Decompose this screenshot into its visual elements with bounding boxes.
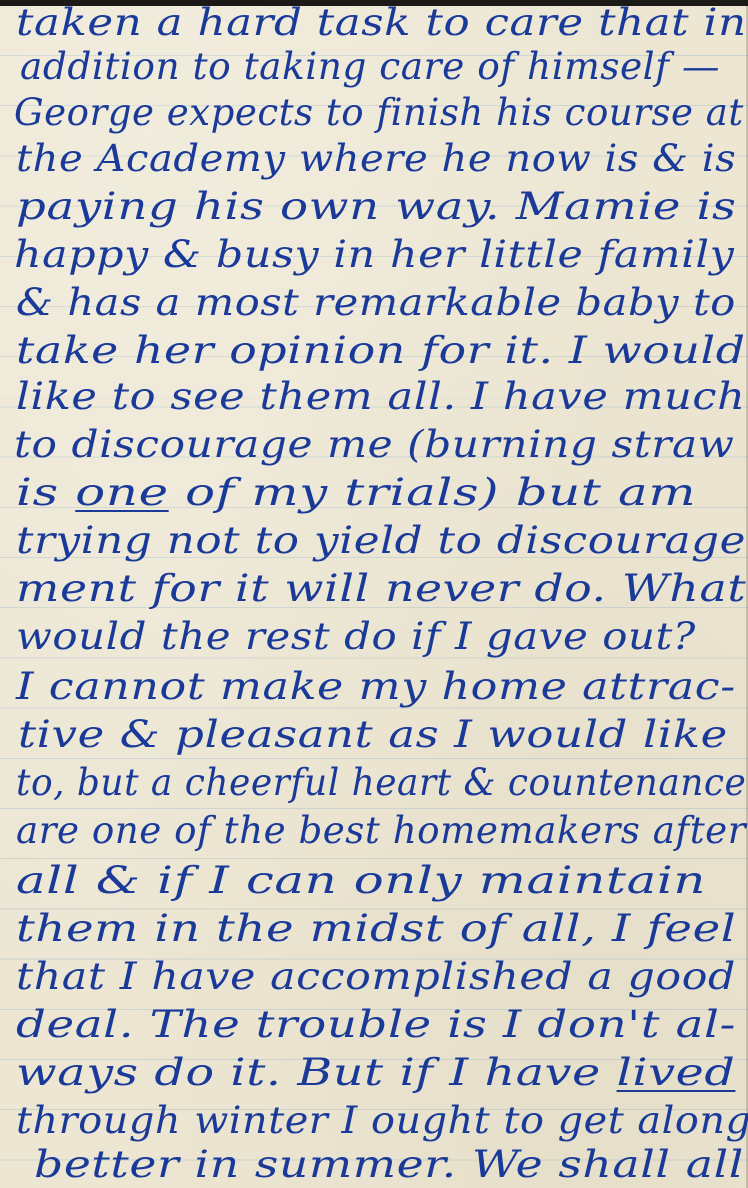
handwritten-line: to discourage me (burning straw [14, 420, 734, 470]
handwritten-line: better in summer. We shall all [34, 1140, 744, 1188]
handwritten-line: tive & pleasant as I would like [18, 710, 728, 760]
handwritten-line: would the rest do if I gave out? [16, 612, 696, 662]
handwritten-line: ment for it will never do. What [16, 564, 746, 614]
handwritten-line: through winter I ought to get along [16, 1096, 748, 1146]
underlined-word: one [75, 471, 168, 514]
letter-page: taken a hard task to care that inadditio… [0, 6, 748, 1188]
handwritten-line: I cannot make my home attrac- [16, 662, 736, 712]
handwritten-line: is one of my trials) but am [16, 468, 696, 518]
handwritten-line: like to see them all. I have much [16, 372, 745, 422]
handwritten-line: George expects to finish his course at [14, 88, 744, 138]
handwritten-line: that I have accomplished a good [16, 952, 736, 1002]
handwritten-line: happy & busy in her little family [14, 230, 734, 280]
handwritten-line: addition to taking care of himself — [20, 42, 720, 92]
handwritten-line: ways do it. But if I have lived [16, 1048, 735, 1098]
handwritten-line: them in the midst of all, I feel [16, 904, 736, 954]
handwritten-line: the Academy where he now is & is [16, 134, 736, 184]
handwritten-line: are one of the best homemakers after [16, 806, 746, 856]
handwritten-line: & has a most remarkable baby to [16, 278, 736, 328]
handwritten-line: take her opinion for it. I would [16, 326, 746, 376]
handwritten-line: deal. The trouble is I don't al- [16, 1000, 736, 1050]
handwritten-line: all & if I can only maintain [16, 856, 706, 906]
handwritten-line: to, but a cheerful heart & countenance [16, 758, 746, 808]
underlined-word: lived [617, 1051, 736, 1094]
handwritten-line: paying his own way. Mamie is [16, 182, 737, 232]
handwritten-line: trying not to yield to discourage [16, 516, 746, 566]
